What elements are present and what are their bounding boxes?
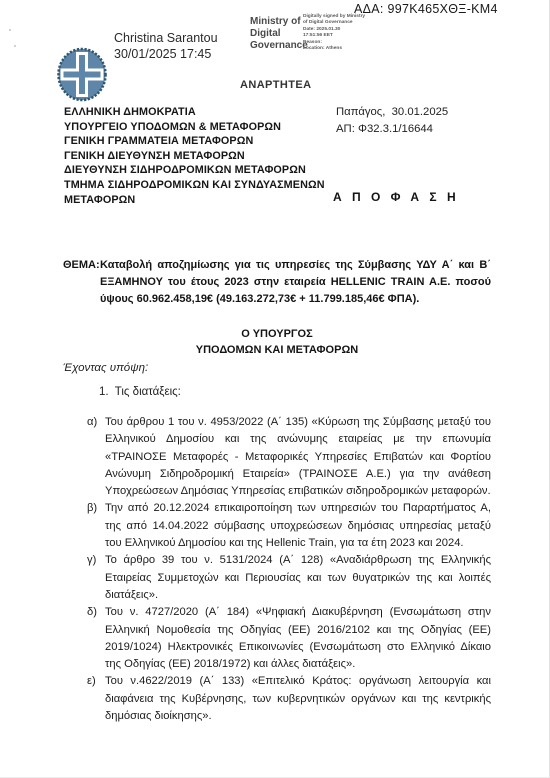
minister-heading: Ο ΥΠΟΥΡΓΟΣ ΥΠΟΔΟΜΩΝ ΚΑΙ ΜΕΤΑΦΟΡΩΝ bbox=[63, 327, 491, 358]
provision-label: ε) bbox=[87, 673, 105, 725]
provision-item: ε) Του ν.4622/2019 (Α΄ 133) «Επιτελικό Κ… bbox=[87, 673, 491, 725]
subject-label: ΘΕΜΑ: bbox=[63, 257, 100, 309]
provision-label: γ) bbox=[87, 552, 105, 604]
document-page: ΑΔΑ: 997Κ465ΧΘΞ-ΚΜ4 Ministry of Digital … bbox=[0, 0, 550, 778]
signer-name: Christina Sarantou bbox=[114, 31, 218, 47]
minister-title-line: ΥΠΟΔΟΜΩΝ ΚΑΙ ΜΕΤΑΦΟΡΩΝ bbox=[63, 343, 491, 359]
having-regard-label: Έχοντας υπόψη: bbox=[63, 362, 148, 374]
reference-block: Παπάγος, 30.01.2025 ΑΠ: Φ32.3.1/16644 bbox=[336, 104, 448, 138]
provisions-intro: 1. Τις διατάξεις: bbox=[99, 386, 181, 398]
ada-code: ΑΔΑ: 997Κ465ΧΘΞ-ΚΜ4 bbox=[354, 2, 498, 16]
digital-signature-org: Ministry of Digital Governance bbox=[250, 16, 308, 52]
protocol-number: ΑΠ: Φ32.3.1/16644 bbox=[336, 121, 448, 138]
provision-label: α) bbox=[87, 414, 105, 500]
provision-text: Το άρθρο 39 του ν. 5131/2024 (Α΄ 128) «Α… bbox=[105, 552, 491, 604]
subject-text: Καταβολή αποζημίωσης για τις υπηρεσίες τ… bbox=[100, 257, 491, 309]
letterhead-line: ΕΛΛΗΝΙΚΗ ΔΗΜΟΚΡΑΤΙΑ bbox=[64, 105, 325, 120]
letterhead-line: ΥΠΟΥΡΓΕΙΟ ΥΠΟΔΟΜΩΝ & ΜΕΤΑΦΟΡΩΝ bbox=[64, 120, 325, 135]
provision-text: Του ν.4622/2019 (Α΄ 133) «Επιτελικό Κράτ… bbox=[105, 673, 491, 725]
signer-datetime: 30/01/2025 17:45 bbox=[114, 47, 218, 63]
provision-text: Του ν. 4727/2020 (Α΄ 184) «Ψηφιακή Διακυ… bbox=[105, 604, 491, 673]
provision-item: δ) Του ν. 4727/2020 (Α΄ 184) «Ψηφιακή Δι… bbox=[87, 604, 491, 673]
digital-signature-org-line: Ministry of bbox=[250, 16, 308, 28]
letterhead-line: ΜΕΤΑΦΟΡΩΝ bbox=[64, 193, 325, 208]
provision-label: δ) bbox=[87, 604, 105, 673]
provision-text: Του άρθρου 1 του ν. 4953/2022 (Α΄ 135) «… bbox=[105, 414, 491, 500]
signer-stamp: Christina Sarantou 30/01/2025 17:45 bbox=[114, 31, 218, 62]
letterhead-line: ΤΜΗΜΑ ΣΙΔΗΡΟΔΡΟΜΙΚΩΝ ΚΑΙ ΣΥΝΔΥΑΣΜΕΝΩΝ bbox=[64, 178, 325, 193]
provision-label: β) bbox=[87, 500, 105, 552]
letterhead-line: ΔΙΕΥΘΥΝΣΗ ΣΙΔΗΡΟΔΡΟΜΙΚΩΝ ΜΕΤΑΦΟΡΩΝ bbox=[64, 163, 325, 178]
provision-item: α) Του άρθρου 1 του ν. 4953/2022 (Α΄ 135… bbox=[87, 414, 491, 500]
scan-noise-dot bbox=[9, 29, 11, 31]
letterhead-line: ΓΕΝΙΚΗ ΔΙΕΥΘΥΝΣΗ ΜΕΤΑΦΟΡΩΝ bbox=[64, 149, 325, 164]
letterhead-line: ΓΕΝΙΚΗ ΓΡΑΜΜΑΤΕΙΑ ΜΕΤΑΦΟΡΩΝ bbox=[64, 134, 325, 149]
letterhead: ΕΛΛΗΝΙΚΗ ΔΗΜΟΚΡΑΤΙΑ ΥΠΟΥΡΓΕΙΟ ΥΠΟΔΟΜΩΝ &… bbox=[64, 105, 325, 207]
digital-signature-details: Digitally signed by Ministry of Digital … bbox=[303, 14, 365, 52]
scan-noise-dot bbox=[14, 45, 16, 47]
digital-signature-org-line: Digital bbox=[250, 28, 308, 40]
decision-heading: Α Π Ο Φ Α Σ Η bbox=[333, 190, 459, 204]
digital-signature-detail-line: Location: Athens bbox=[303, 46, 365, 52]
provision-text: Την από 20.12.2024 επικαιροποίηση των υπ… bbox=[105, 500, 491, 552]
provision-item: β) Την από 20.12.2024 επικαιροποίηση των… bbox=[87, 500, 491, 552]
greek-emblem-icon bbox=[57, 47, 107, 102]
anartitea-label: ΑΝΑΡΤΗΤΕΑ bbox=[240, 79, 311, 91]
subject-block: ΘΕΜΑ: Καταβολή αποζημίωσης για τις υπηρε… bbox=[63, 257, 491, 309]
minister-title-line: Ο ΥΠΟΥΡΓΟΣ bbox=[63, 327, 491, 343]
digital-signature-org-line: Governance bbox=[250, 40, 308, 52]
provision-item: γ) Το άρθρο 39 του ν. 5131/2024 (Α΄ 128)… bbox=[87, 552, 491, 604]
place-date: Παπάγος, 30.01.2025 bbox=[336, 104, 448, 121]
provisions-list: α) Του άρθρου 1 του ν. 4953/2022 (Α΄ 135… bbox=[87, 414, 491, 725]
